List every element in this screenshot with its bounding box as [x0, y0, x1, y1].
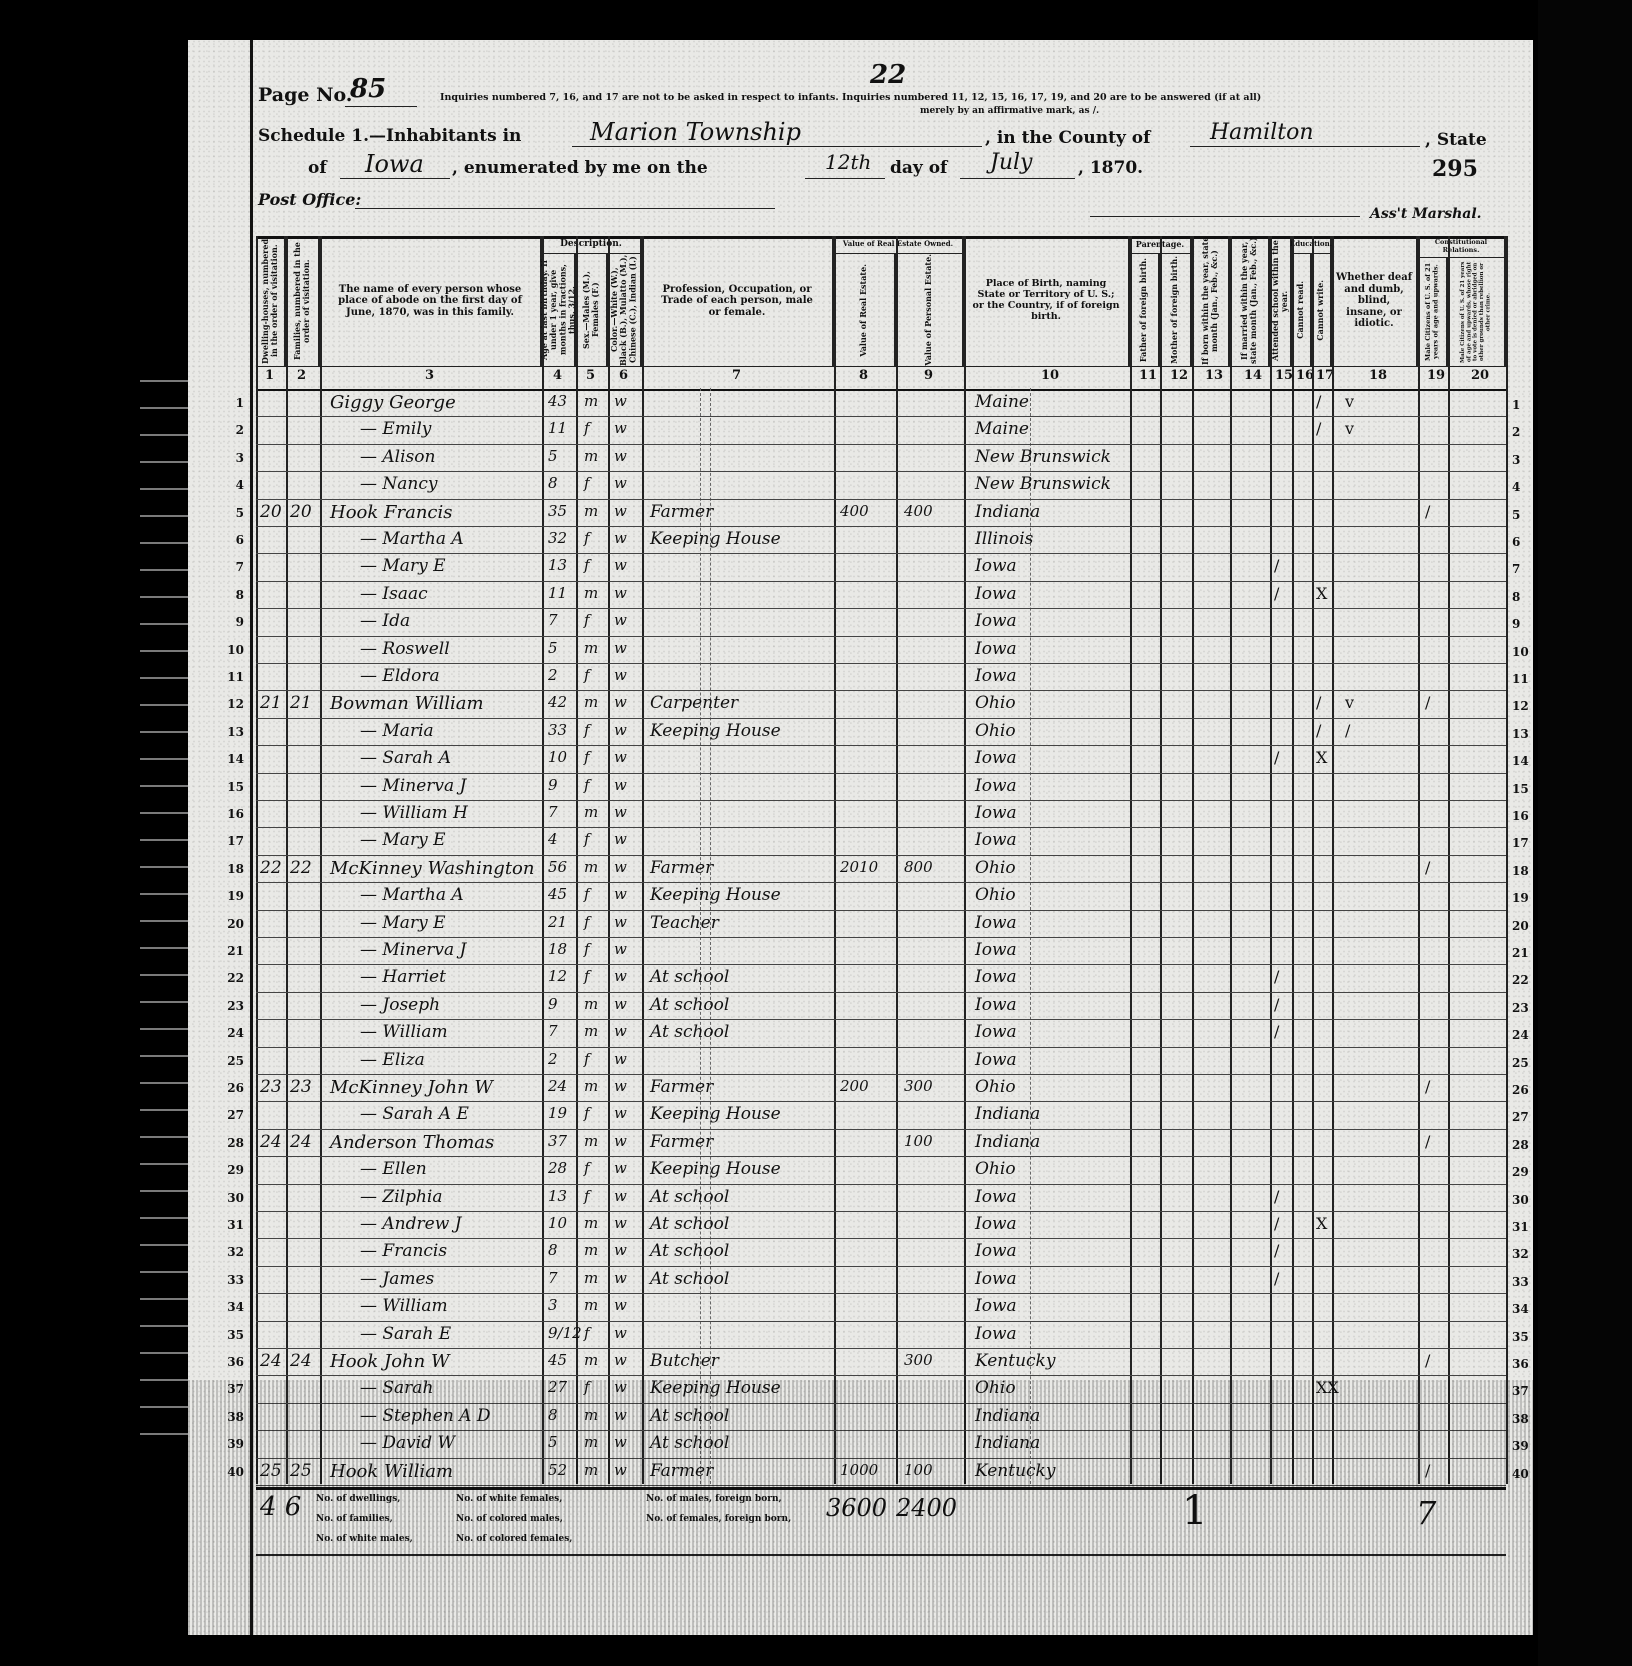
table-row	[256, 472, 1506, 499]
group-description: Description.	[542, 236, 642, 254]
col-header-7: Profession, Occupation, or Trade of each…	[642, 236, 834, 366]
cannot-write-mark: X	[1316, 1214, 1327, 1233]
line-number-left: 16	[214, 807, 244, 821]
table-row	[256, 1185, 1506, 1212]
line-number-right: 19	[1512, 891, 1529, 905]
person-name: — Ida	[360, 611, 410, 631]
color: w	[614, 1324, 627, 1342]
col-label: Dwelling-houses, numbered in the order o…	[261, 236, 279, 366]
township-field: Marion Township	[590, 118, 801, 146]
line-number-left: 38	[214, 1410, 244, 1424]
age: 18	[548, 940, 567, 958]
sex: m	[584, 1296, 598, 1314]
line-number-right: 25	[1512, 1056, 1529, 1070]
birthplace: Ohio	[975, 1159, 1016, 1179]
citizen-mark: /	[1425, 1132, 1430, 1151]
birthplace: Iowa	[975, 1241, 1017, 1261]
person-name: Anderson Thomas	[330, 1132, 494, 1153]
column-number-20: 20	[1471, 368, 1489, 383]
line-number-left: 37	[214, 1382, 244, 1396]
birthplace: Iowa	[975, 556, 1017, 576]
group-value-estate: Value of Real Estate Owned.	[834, 236, 964, 254]
of-label: of	[308, 158, 327, 178]
line-number-left: 20	[214, 917, 244, 931]
personal-estate-value: 100	[904, 1132, 933, 1150]
birthplace: New Brunswick	[975, 474, 1111, 494]
line-number-left: 12	[214, 697, 244, 711]
sex: f	[584, 967, 590, 985]
color: w	[614, 666, 627, 684]
citizen-mark: /	[1425, 1461, 1430, 1480]
birthplace: Indiana	[975, 1406, 1040, 1426]
line-number-left: 8	[214, 588, 244, 602]
line-number-left: 30	[214, 1191, 244, 1205]
citizen-mark: /	[1425, 858, 1430, 877]
color: w	[614, 1378, 627, 1396]
dwelling-number: 21	[260, 693, 282, 713]
deaf-blind-mark: /	[1345, 721, 1350, 740]
age: 56	[548, 858, 567, 876]
color: w	[614, 776, 627, 794]
group-constitutional: Constitutional Relations.	[1418, 236, 1506, 258]
color: w	[614, 858, 627, 876]
cannot-write-mark: /	[1316, 721, 1321, 740]
footer-colored-males-label: No. of colored males,	[456, 1514, 563, 1524]
color: w	[614, 1351, 627, 1369]
person-name: — Minerva J	[360, 940, 466, 960]
sex: f	[584, 940, 590, 958]
line-number-right: 40	[1512, 1467, 1529, 1481]
person-name: — Joseph	[360, 995, 440, 1015]
birthplace: Ohio	[975, 1378, 1016, 1398]
col-label: Cannot write.	[1316, 280, 1325, 341]
line-number-right: 5	[1512, 508, 1520, 522]
sex: m	[584, 1214, 598, 1232]
birthplace: Iowa	[975, 776, 1017, 796]
attended-school-mark: /	[1274, 556, 1279, 575]
post-office-label: Post Office:	[258, 190, 361, 209]
deaf-blind-mark: v	[1345, 392, 1354, 411]
line-number-left: 26	[214, 1081, 244, 1095]
person-name: — Zilphia	[360, 1187, 443, 1207]
post-office-line	[355, 208, 775, 209]
age: 7	[548, 1022, 558, 1040]
dwelling-number: 20	[260, 502, 282, 522]
footer-tally-19: 7	[1416, 1494, 1436, 1532]
attended-school-mark: /	[1274, 1241, 1279, 1260]
line-number-left: 17	[214, 834, 244, 848]
column-number-1: 1	[265, 368, 274, 383]
occupation: At school	[650, 1433, 729, 1453]
personal-estate-value: 800	[904, 858, 933, 876]
birthplace: Iowa	[975, 748, 1017, 768]
sex: f	[584, 556, 590, 574]
table-row	[256, 993, 1506, 1020]
left-edge-ruler	[140, 380, 190, 1460]
line-number-right: 32	[1512, 1247, 1529, 1261]
occupation: At school	[650, 1241, 729, 1261]
day-field: 12th	[825, 150, 871, 174]
footer-foreign-born-label: No. of males, foreign born,	[646, 1494, 782, 1504]
cannot-write-mark: /	[1316, 392, 1321, 411]
person-name: — William	[360, 1296, 448, 1316]
group-label: Constitutional Relations.	[1418, 239, 1504, 254]
sex: m	[584, 1241, 598, 1259]
birthplace: Ohio	[975, 693, 1016, 713]
state-field: Iowa	[365, 150, 424, 178]
color: w	[614, 748, 627, 766]
footer-white-females-label: No. of white females,	[456, 1494, 562, 1504]
column-number-3: 3	[425, 368, 434, 383]
line-number-right: 29	[1512, 1165, 1529, 1179]
sex: m	[584, 392, 598, 410]
age: 37	[548, 1132, 567, 1150]
line-number-right: 36	[1512, 1357, 1529, 1371]
color: w	[614, 830, 627, 848]
person-name: — Alison	[360, 447, 435, 467]
person-name: — Emily	[360, 419, 431, 439]
line-number-left: 13	[214, 725, 244, 739]
line-number-right: 13	[1512, 727, 1529, 741]
line-number-left: 34	[214, 1300, 244, 1314]
citizen-mark: /	[1425, 693, 1430, 712]
sex: f	[584, 1159, 590, 1177]
column-number-9: 9	[924, 368, 933, 383]
color: w	[614, 611, 627, 629]
dwelling-number: 24	[260, 1132, 282, 1152]
birthplace: Kentucky	[975, 1351, 1055, 1371]
color: w	[614, 1461, 627, 1479]
age: 19	[548, 1104, 567, 1122]
color: w	[614, 502, 627, 520]
color: w	[614, 913, 627, 931]
color: w	[614, 693, 627, 711]
color: w	[614, 1241, 627, 1259]
line-number-left: 36	[214, 1355, 244, 1369]
footer-colored-females-label: No. of colored females,	[456, 1534, 572, 1544]
line-number-right: 34	[1512, 1302, 1529, 1316]
column-number-8: 8	[859, 368, 868, 383]
person-name: Giggy George	[330, 392, 456, 413]
stamp-number: 295	[1432, 156, 1478, 182]
line-number-right: 24	[1512, 1028, 1529, 1042]
occupation: Farmer	[650, 502, 713, 522]
col-header-4: Age at last birthday. If under 1 year, g…	[542, 254, 576, 366]
line-number-right: 27	[1512, 1110, 1529, 1124]
person-name: — William	[360, 1022, 448, 1042]
line-number-right: 33	[1512, 1275, 1529, 1289]
line-number-right: 21	[1512, 946, 1529, 960]
line-number-right: 17	[1512, 836, 1529, 850]
line-number-left: 9	[214, 615, 244, 629]
person-name: — Eliza	[360, 1050, 425, 1070]
line-number-left: 28	[214, 1136, 244, 1150]
col-header-17: Cannot write.	[1312, 254, 1332, 366]
birthplace: Iowa	[975, 995, 1017, 1015]
occupation: Keeping House	[650, 1378, 781, 1398]
person-name: — Sarah	[360, 1378, 433, 1398]
col-header-3: The name of every person whose place of …	[320, 236, 542, 366]
sex: m	[584, 1406, 598, 1424]
col-header-18: Whether deaf and dumb, blind, insane, or…	[1332, 236, 1418, 366]
table-row	[256, 445, 1506, 472]
line-number-right: 18	[1512, 864, 1529, 878]
person-name: Hook John W	[330, 1351, 449, 1372]
line-number-right: 9	[1512, 617, 1520, 631]
birthplace: Iowa	[975, 830, 1017, 850]
col-label: Profession, Occupation, or Trade of each…	[660, 284, 814, 319]
attended-school-mark: /	[1274, 1187, 1279, 1206]
age: 24	[548, 1077, 567, 1095]
line-number-right: 3	[1512, 453, 1520, 467]
footer-left-tally: 4 6	[260, 1492, 301, 1522]
occupation: At school	[650, 1269, 729, 1289]
sex: m	[584, 447, 598, 465]
birthplace: Illinois	[975, 529, 1033, 549]
col-label: Whether deaf and dumb, blind, insane, or…	[1336, 272, 1412, 330]
footer-foreign-female-label: No. of females, foreign born,	[646, 1514, 791, 1524]
col-header-8: Value of Real Estate.	[834, 254, 896, 366]
line-number-left: 29	[214, 1163, 244, 1177]
real-estate-value: 400	[840, 502, 869, 520]
line-number-right: 1	[1512, 398, 1520, 412]
line-number-left: 40	[214, 1465, 244, 1479]
line-number-right: 28	[1512, 1138, 1529, 1152]
color: w	[614, 1104, 627, 1122]
person-name: — Sarah E	[360, 1324, 451, 1344]
birthplace: New Brunswick	[975, 447, 1111, 467]
table-row	[256, 664, 1506, 691]
person-name: McKinney John W	[330, 1077, 493, 1098]
line-number-right: 35	[1512, 1330, 1529, 1344]
person-name: — William H	[360, 803, 468, 823]
col-label: Age at last birthday. If under 1 year, g…	[540, 254, 577, 366]
col-header-2: Families, numbered in the order of visit…	[286, 236, 320, 366]
township-line	[572, 146, 982, 147]
line-number-right: 37	[1512, 1384, 1529, 1398]
color: w	[614, 1022, 627, 1040]
line-number-right: 12	[1512, 699, 1529, 713]
color: w	[614, 1433, 627, 1451]
total-real-estate: 3600	[826, 1494, 887, 1522]
line-number-left: 4	[214, 478, 244, 492]
line-number-right: 4	[1512, 480, 1520, 494]
age: 9/12	[548, 1324, 582, 1342]
line-number-right: 30	[1512, 1193, 1529, 1207]
occupation: Keeping House	[650, 721, 781, 741]
sex: f	[584, 611, 590, 629]
deaf-blind-mark: v	[1345, 419, 1354, 438]
summary-footer: No. of dwellings, No. of families, No. o…	[256, 1484, 1506, 1556]
personal-estate-value: 100	[904, 1461, 933, 1479]
column-rule	[1506, 236, 1508, 1484]
col-header-6: Color.—White (W.), Black (B.), Mulatto (…	[608, 254, 642, 366]
birthplace: Iowa	[975, 967, 1017, 987]
occupation: Keeping House	[650, 1159, 781, 1179]
age: 7	[548, 1269, 558, 1287]
marshal-label: Ass't Marshal.	[1370, 206, 1482, 222]
sex: f	[584, 666, 590, 684]
footer-tally-15: 1	[1182, 1488, 1207, 1534]
group-label: Description.	[560, 239, 622, 249]
sex: m	[584, 1269, 598, 1287]
line-number-right: 26	[1512, 1083, 1529, 1097]
age: 43	[548, 392, 567, 410]
line-number-right: 2	[1512, 425, 1520, 439]
month-line	[960, 178, 1075, 179]
occupation: At school	[650, 1406, 729, 1426]
column-number-15: 15	[1275, 368, 1293, 383]
birthplace: Ohio	[975, 885, 1016, 905]
color: w	[614, 1159, 627, 1177]
col-label: Cannot read.	[1296, 281, 1305, 339]
occupation: Teacher	[650, 913, 719, 933]
age: 11	[548, 419, 567, 437]
occupation: Keeping House	[650, 1104, 781, 1124]
color: w	[614, 967, 627, 985]
instructions-text: Inquiries numbered 7, 16, and 17 are not…	[440, 92, 1525, 103]
occupation: Farmer	[650, 1077, 713, 1097]
sex: m	[584, 584, 598, 602]
age: 5	[548, 639, 558, 657]
sex: m	[584, 995, 598, 1013]
line-number-left: 15	[214, 780, 244, 794]
birthplace: Iowa	[975, 639, 1017, 659]
attended-school-mark: /	[1274, 1269, 1279, 1288]
line-number-right: 10	[1512, 645, 1529, 659]
line-number-left: 33	[214, 1273, 244, 1287]
color: w	[614, 721, 627, 739]
sex: f	[584, 748, 590, 766]
birthplace: Maine	[975, 392, 1029, 412]
birthplace: Indiana	[975, 502, 1040, 522]
birthplace: Iowa	[975, 913, 1017, 933]
age: 5	[548, 1433, 558, 1451]
person-name: — Andrew J	[360, 1214, 461, 1234]
line-number-left: 19	[214, 889, 244, 903]
col-label: Father of foreign birth.	[1139, 258, 1148, 362]
family-number: 21	[290, 693, 312, 713]
family-number: 23	[290, 1077, 312, 1097]
person-name: — Maria	[360, 721, 434, 741]
col-header-11: Father of foreign birth.	[1130, 254, 1160, 366]
column-number-11: 11	[1139, 368, 1157, 383]
instructions-text-2: merely by an affirmative mark, as /.	[920, 106, 1099, 116]
age: 4	[548, 830, 558, 848]
enumerated-label: , enumerated by me on the	[452, 158, 708, 178]
sex: f	[584, 913, 590, 931]
family-number: 20	[290, 502, 312, 522]
person-name: McKinney Washington	[330, 858, 534, 879]
cannot-write-mark: /	[1316, 419, 1321, 438]
line-number-right: 22	[1512, 973, 1529, 987]
sex: m	[584, 502, 598, 520]
marshal-line	[1090, 216, 1360, 217]
col-header-9: Value of Personal Estate.	[896, 254, 964, 366]
age: 8	[548, 1406, 558, 1424]
line-number-left: 18	[214, 862, 244, 876]
col-label: Color.—White (W.), Black (B.), Mulatto (…	[610, 254, 638, 366]
line-number-right: 6	[1512, 535, 1520, 549]
col-label: Families, numbered in the order of visit…	[293, 236, 311, 366]
person-name: — Sarah A E	[360, 1104, 469, 1124]
line-number-left: 11	[214, 670, 244, 684]
county-line	[1190, 146, 1420, 147]
birthplace: Iowa	[975, 1022, 1017, 1042]
person-name: — Francis	[360, 1241, 447, 1261]
color: w	[614, 392, 627, 410]
sex: f	[584, 1378, 590, 1396]
line-number-left: 31	[214, 1218, 244, 1232]
month-field: July	[990, 150, 1032, 175]
sex: f	[584, 529, 590, 547]
occupation: Keeping House	[650, 885, 781, 905]
column-number-6: 6	[619, 368, 628, 383]
color: w	[614, 885, 627, 903]
day-of-label: day of	[890, 158, 947, 178]
column-number-12: 12	[1170, 368, 1188, 383]
line-number-left: 21	[214, 944, 244, 958]
age: 11	[548, 584, 567, 602]
occupation: Farmer	[650, 858, 713, 878]
person-name: — Nancy	[360, 474, 438, 494]
age: 3	[548, 1296, 558, 1314]
line-number-right: 23	[1512, 1001, 1529, 1015]
col-header-12: Mother of foreign birth.	[1160, 254, 1192, 366]
person-name: — Harriet	[360, 967, 446, 987]
person-name: — Eldora	[360, 666, 440, 686]
color: w	[614, 940, 627, 958]
sex: f	[584, 474, 590, 492]
line-number-left: 22	[214, 971, 244, 985]
birthplace: Ohio	[975, 858, 1016, 878]
occupation: Keeping House	[650, 529, 781, 549]
person-name: — Mary E	[360, 913, 446, 933]
birthplace: Iowa	[975, 1050, 1017, 1070]
cannot-write-mark: /	[1316, 693, 1321, 712]
citizen-mark: /	[1425, 502, 1430, 521]
line-number-left: 24	[214, 1026, 244, 1040]
person-name: — David W	[360, 1433, 455, 1453]
col-label: Value of Personal Estate.	[924, 254, 933, 366]
birthplace: Ohio	[975, 1077, 1016, 1097]
col-label: If born within the year, state month (Ja…	[1201, 236, 1219, 366]
birthplace: Indiana	[975, 1433, 1040, 1453]
birthplace: Maine	[975, 419, 1029, 439]
color: w	[614, 447, 627, 465]
col-header-5: Sex.—Males (M.), Females (F.)	[576, 254, 608, 366]
age: 21	[548, 913, 567, 931]
line-number-right: 7	[1512, 562, 1520, 576]
attended-school-mark: /	[1274, 584, 1279, 603]
table-row	[256, 609, 1506, 636]
sex: f	[584, 419, 590, 437]
sex: m	[584, 1077, 598, 1095]
sex: m	[584, 1433, 598, 1451]
family-number: 24	[290, 1351, 312, 1371]
line-number-left: 7	[214, 560, 244, 574]
line-number-right: 16	[1512, 809, 1529, 823]
sex: m	[584, 803, 598, 821]
attended-school-mark: /	[1274, 967, 1279, 986]
line-number-left: 10	[214, 643, 244, 657]
occupation: Farmer	[650, 1461, 713, 1481]
page-label: Page No.	[258, 84, 352, 106]
color: w	[614, 639, 627, 657]
col-header-16: Cannot read.	[1292, 254, 1312, 366]
person-name: — Martha A	[360, 885, 464, 905]
birthplace: Iowa	[975, 1187, 1017, 1207]
